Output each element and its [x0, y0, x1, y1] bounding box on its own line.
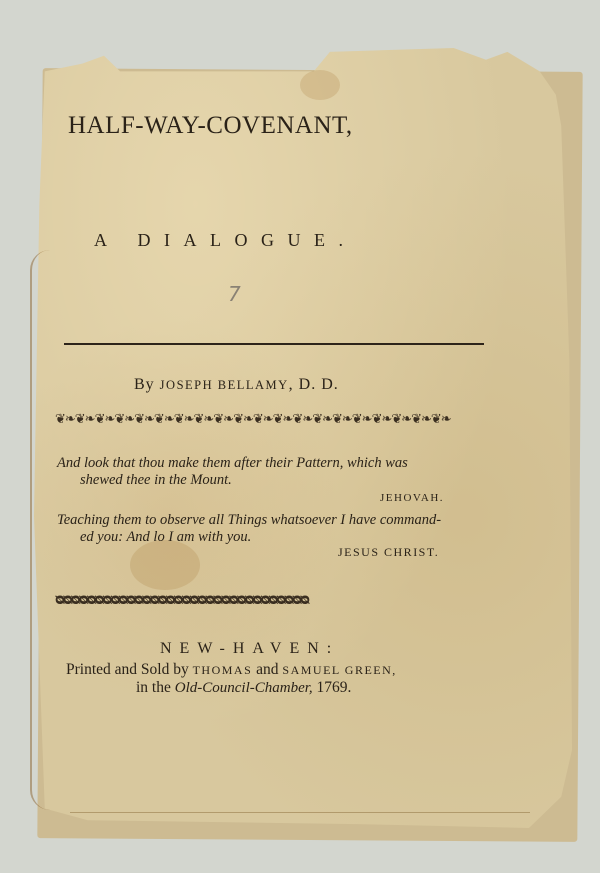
imprint-place: NEW-HAVEN: — [160, 640, 339, 658]
water-stain — [300, 70, 340, 100]
location-prefix: in the — [136, 679, 171, 696]
location-name: Old-Council-Chamber, — [175, 680, 313, 696]
floral-ornament-border: ❦❧❦❧❦❧❦❧❦❧❦❧❦❧❦❧❦❧❦❧❦❧❦❧❦❧❦❧❦❧❦❧❦❧❦❧❦❧❦❧ — [55, 412, 487, 434]
epigraph-1-line-2: shewed thee in the Mount. — [80, 472, 232, 489]
title-page-paper — [34, 48, 572, 828]
imprint-printers: Printed and Sold by Thomas and Samuel Gr… — [66, 661, 397, 679]
author-prefix: By — [134, 376, 155, 393]
page-title: HALF-WAY-COVENANT, — [68, 112, 353, 140]
epigraph-2-line-2: ed you: And lo I am with you. — [80, 529, 251, 546]
water-stain — [130, 540, 200, 590]
printer-thomas: Thomas — [193, 663, 253, 677]
imprint-location: in the Old-Council-Chamber, 1769. — [136, 679, 351, 697]
epigraph-1-line-1: And look that thou make them after their… — [57, 455, 408, 472]
horizontal-rule — [64, 343, 484, 345]
printer-samuel-green: Samuel Green, — [282, 663, 396, 677]
author-line: By Joseph Bellamy, D. D. — [134, 376, 339, 394]
epigraph-2-line-1: Teaching them to observe all Things what… — [57, 512, 441, 529]
binding-stitch — [30, 250, 72, 810]
subtitle: A DIALOGUE. — [94, 230, 357, 251]
page-fold — [70, 812, 530, 813]
ring-ornament-border: ᴓᴓᴓᴓᴓᴓᴓᴓᴓᴓᴓᴓᴓᴓᴓᴓᴓᴓᴓᴓᴓᴓᴓᴓᴓᴓᴓᴓᴓᴓᴓᴓ — [55, 590, 487, 612]
author-name: Joseph Bellamy — [160, 378, 289, 392]
epigraph-2-attribution: JESUS CHRIST. — [338, 545, 439, 560]
epigraph-1-attribution: JEHOVAH. — [380, 492, 444, 504]
pencil-mark: 7 — [228, 282, 241, 306]
author-suffix: , D. D. — [289, 376, 339, 393]
imprint-and: and — [256, 661, 278, 678]
imprint-prefix: Printed and Sold by — [66, 661, 189, 678]
imprint-year: 1769. — [317, 679, 352, 696]
